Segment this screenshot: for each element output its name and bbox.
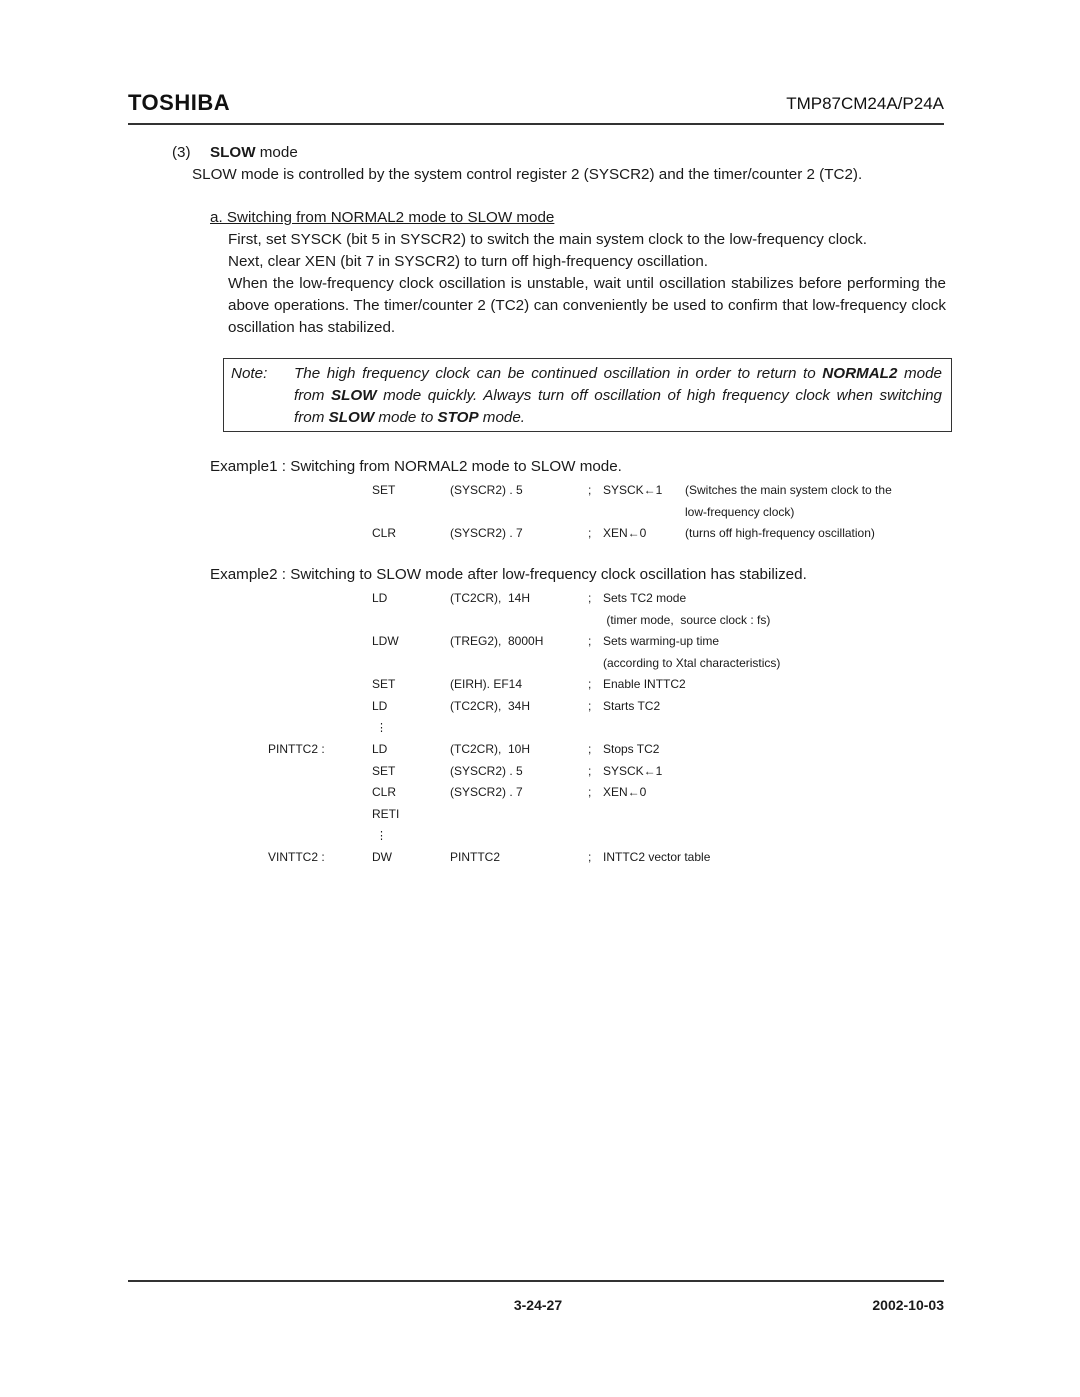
code-semicolon: ; — [588, 761, 591, 783]
code-op: RETI — [372, 804, 399, 826]
paragraph-line: When the low-frequency clock oscillation… — [228, 273, 946, 339]
code-semicolon: ; — [588, 674, 591, 696]
paragraph-line: First, set SYSCK (bit 5 in SYSCR2) to sw… — [228, 229, 946, 251]
code-semicolon: ; — [588, 739, 591, 761]
footer-divider — [128, 1280, 944, 1282]
code-op: DW — [372, 847, 392, 869]
code-arg: (TC2CR), 14H — [450, 588, 530, 610]
note-segment: STOP — [438, 409, 479, 426]
brand-logo: TOSHIBA — [128, 90, 230, 116]
code-comment: Stops TC2 — [603, 739, 659, 761]
note-segment: NORMAL2 — [822, 365, 897, 382]
document-id: TMP87CM24A/P24A — [786, 94, 944, 114]
code-op: LD — [372, 588, 387, 610]
note-label: Note: — [231, 363, 267, 385]
code-arg: (EIRH). EF14 — [450, 674, 522, 696]
section-description: SLOW mode is controlled by the system co… — [192, 164, 862, 186]
code-semicolon: ; — [588, 523, 591, 545]
code-comment: SYSCK←1 — [603, 480, 662, 502]
code-op: SET — [372, 480, 395, 502]
code-comment: Starts TC2 — [603, 696, 660, 718]
page-date: 2002-10-03 — [872, 1297, 944, 1313]
code-arg: (TREG2), 8000H — [450, 631, 543, 653]
code-arg: (SYSCR2) . 5 — [450, 480, 523, 502]
vertical-ellipsis: ⋮ — [376, 826, 387, 848]
code-comment: (according to Xtal characteristics) — [603, 653, 780, 675]
code-label: PINTTC2 : — [268, 739, 325, 761]
note-box: Note: The high frequency clock can be co… — [223, 358, 952, 432]
section-number: (3) — [172, 142, 210, 164]
note-text: The high frequency clock can be continue… — [294, 363, 942, 429]
code-arg: (SYSCR2) . 7 — [450, 523, 523, 545]
code-comment: Enable INTTC2 — [603, 674, 686, 696]
header-divider — [128, 123, 944, 125]
code-comment-detail: (turns off high-frequency oscillation) — [685, 523, 875, 545]
code-op: CLR — [372, 782, 396, 804]
vertical-ellipsis: ⋮ — [376, 718, 387, 740]
section-title-rest: mode — [256, 144, 298, 161]
note-segment: SLOW — [331, 387, 377, 404]
code-arg: PINTTC2 — [450, 847, 500, 869]
note-segment: mode. — [479, 409, 525, 426]
code-op: SET — [372, 674, 395, 696]
page-number-text: 3-24-27 — [514, 1297, 562, 1313]
code-arg: (SYSCR2) . 7 — [450, 782, 523, 804]
code-label: VINTTC2 : — [268, 847, 325, 869]
paragraph-line: Next, clear XEN (bit 7 in SYSCR2) to tur… — [228, 251, 946, 273]
section-title-bold: SLOW — [210, 144, 256, 161]
code-op: SET — [372, 761, 395, 783]
code-arg: (TC2CR), 10H — [450, 739, 530, 761]
code-semicolon: ; — [588, 696, 591, 718]
code-comment: Sets TC2 mode — [603, 588, 686, 610]
note-segment: The high frequency clock can be continue… — [294, 365, 822, 382]
code-comment: XEN←0 — [603, 523, 646, 545]
code-arg: (SYSCR2) . 5 — [450, 761, 523, 783]
code-comment: (timer mode, source clock : fs) — [603, 610, 770, 632]
code-op: LD — [372, 739, 387, 761]
code-arg: (TC2CR), 34H — [450, 696, 530, 718]
example2-title: Example2 : Switching to SLOW mode after … — [210, 564, 807, 586]
code-op: LD — [372, 696, 387, 718]
code-semicolon: ; — [588, 588, 591, 610]
code-op: CLR — [372, 523, 396, 545]
code-comment: SYSCK←1 — [603, 761, 662, 783]
code-comment-detail: (Switches the main system clock to the — [685, 480, 892, 502]
code-semicolon: ; — [588, 480, 591, 502]
code-semicolon: ; — [588, 631, 591, 653]
code-op: LDW — [372, 631, 399, 653]
note-segment: mode to — [374, 409, 437, 426]
code-comment-detail: low-frequency clock) — [685, 502, 794, 524]
code-comment: Sets warming-up time — [603, 631, 719, 653]
code-semicolon: ; — [588, 782, 591, 804]
subsection-heading: a. Switching from NORMAL2 mode to SLOW m… — [210, 207, 554, 229]
section-heading: (3)SLOW mode — [172, 142, 298, 164]
code-semicolon: ; — [588, 847, 591, 869]
example1-title: Example1 : Switching from NORMAL2 mode t… — [210, 456, 622, 478]
code-comment: INTTC2 vector table — [603, 847, 710, 869]
code-comment: XEN←0 — [603, 782, 646, 804]
note-segment: SLOW — [329, 409, 375, 426]
